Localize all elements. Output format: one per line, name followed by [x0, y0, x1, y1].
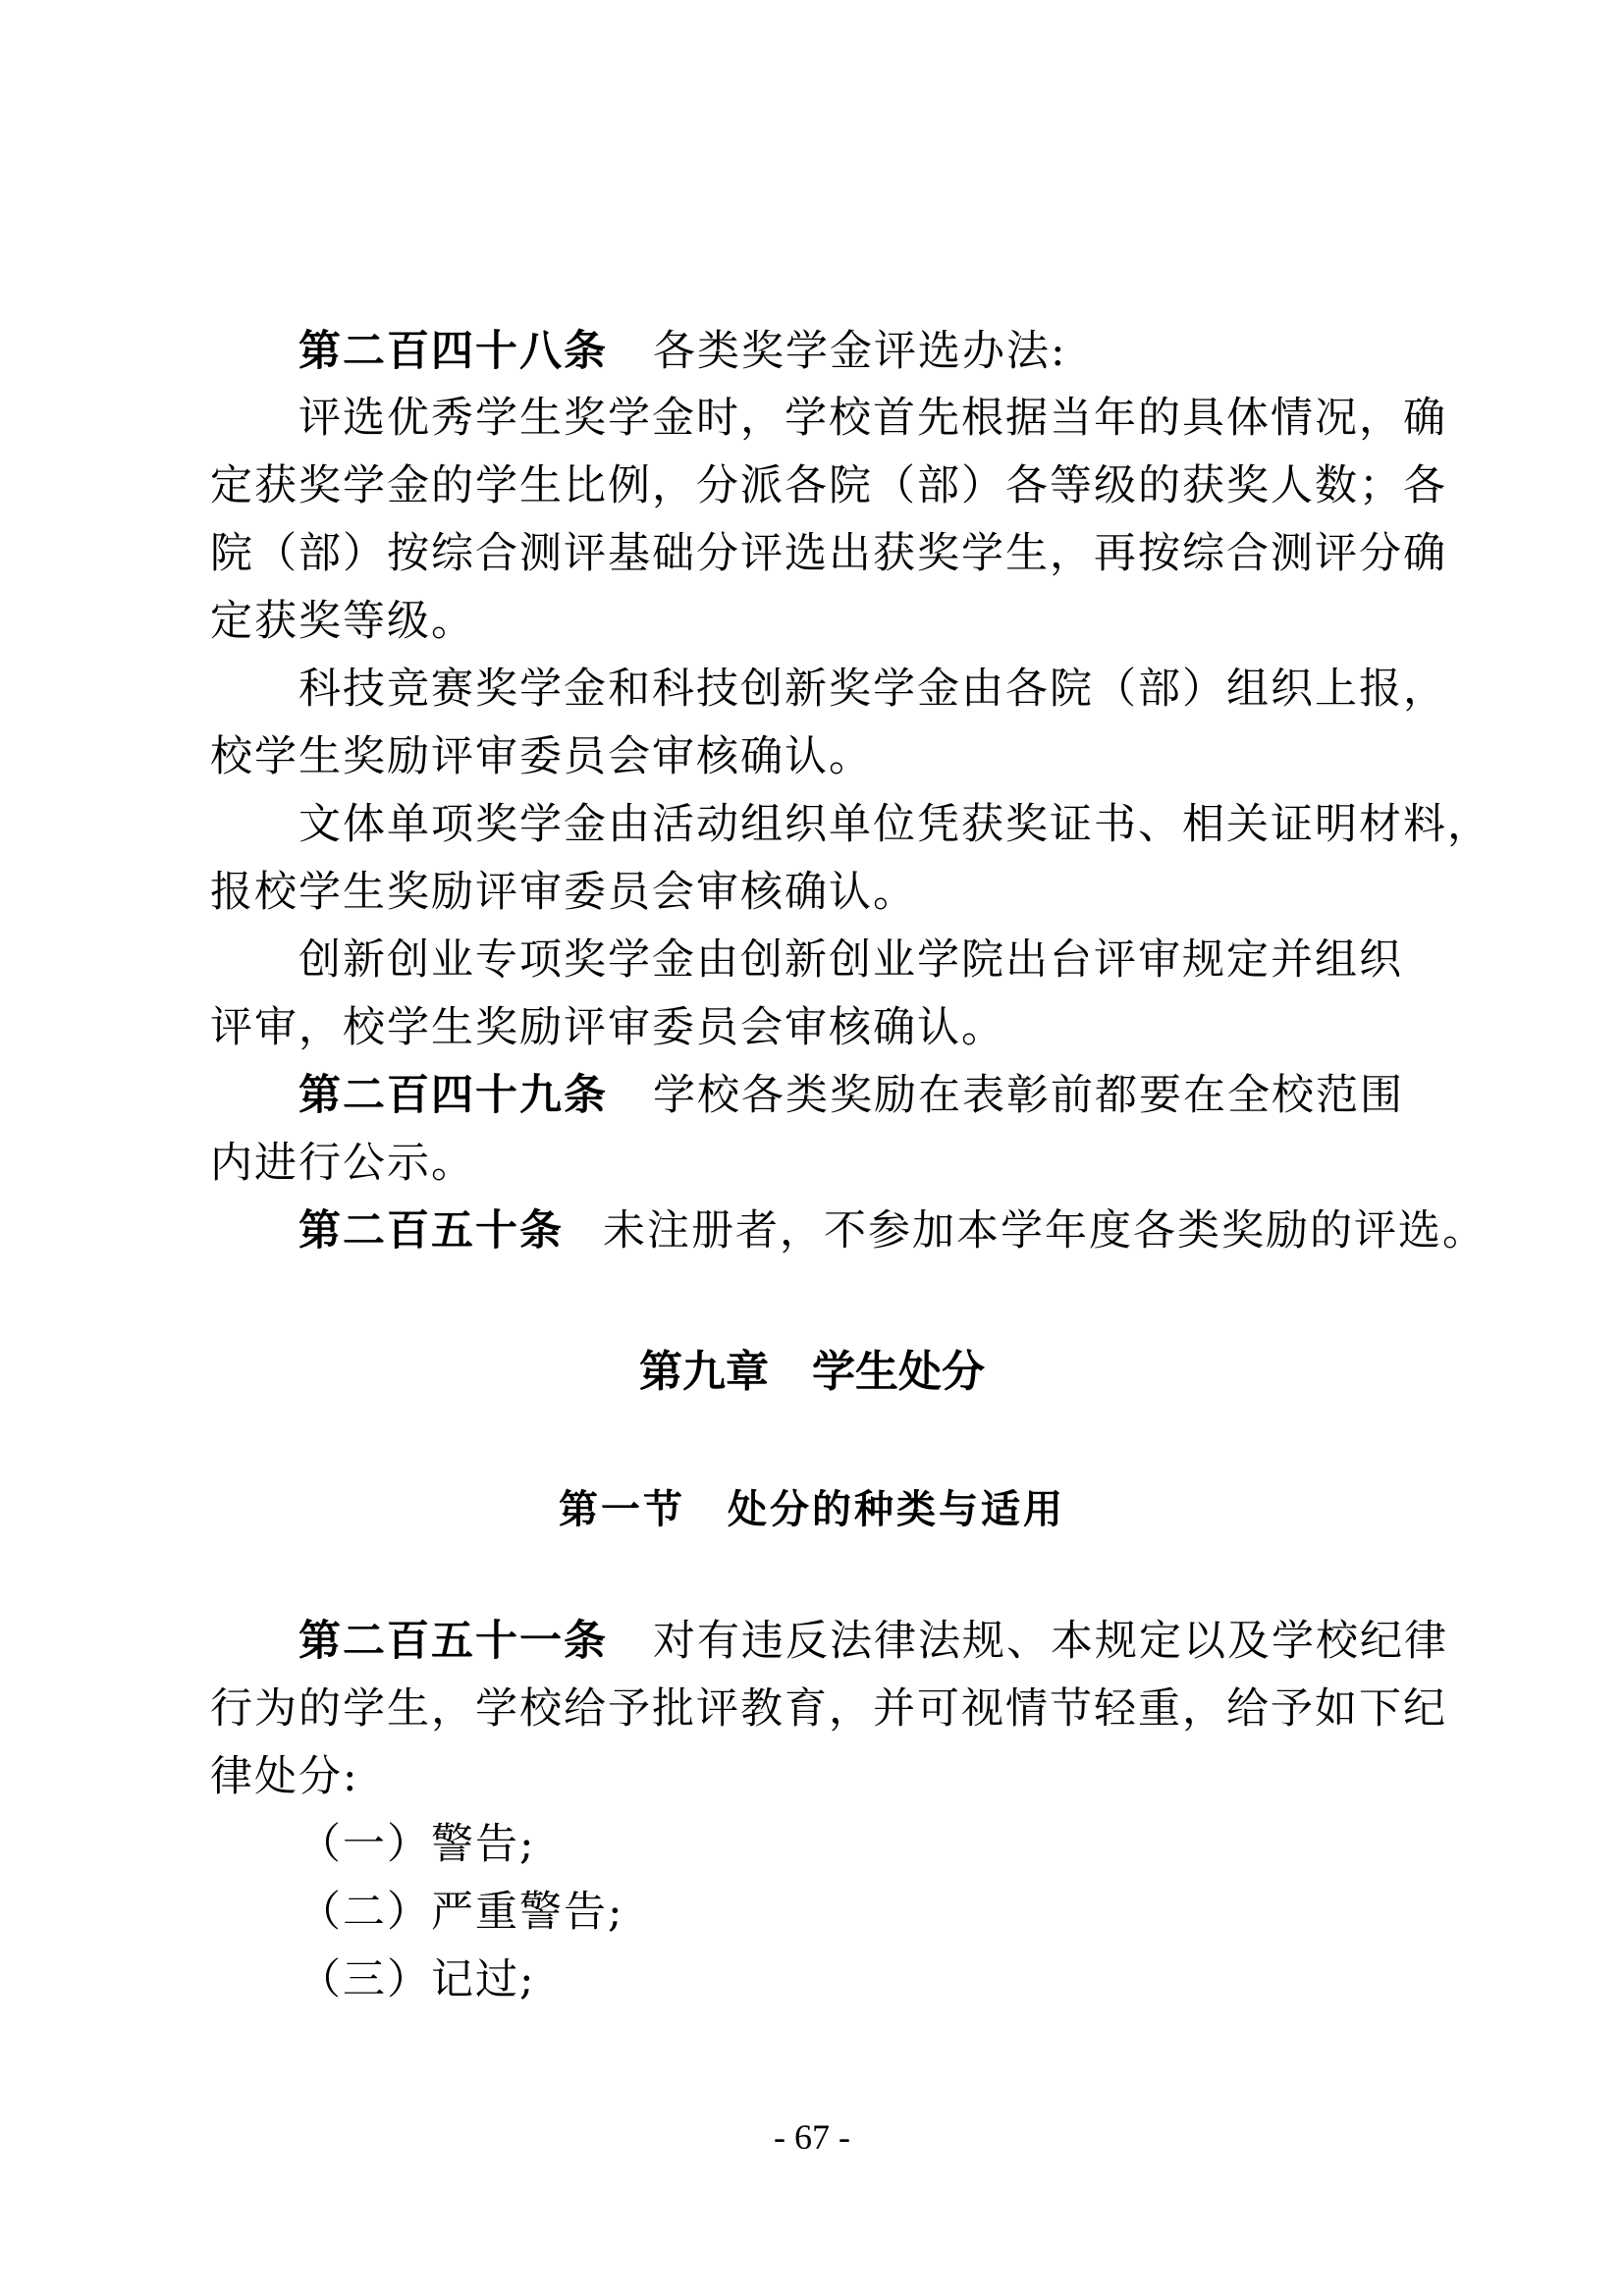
article-251-item-2: （二）严重警告;	[298, 1888, 624, 1937]
article-248-para1-line4: 定获奖等级。	[210, 597, 475, 646]
article-251-text: 对有违反法律法规、本规定以及学校纪律	[653, 1617, 1448, 1666]
section-title: 第一节 处分的种类与适用	[0, 1485, 1624, 1534]
article-248-para3-line1: 文体单项奖学金由活动组织单位凭获奖证书、相关证明材料，	[298, 800, 1491, 849]
article-250-text: 未注册者，不参加本学年度各类奖励的评选。	[603, 1206, 1487, 1255]
article-251-line2: 行为的学生，学校给予批评教育，并可视情节轻重，给予如下纪	[210, 1684, 1447, 1734]
article-251-line3: 律处分:	[210, 1752, 359, 1801]
article-251-item-3: （三）记过;	[298, 1955, 536, 2004]
article-248-para1-line1: 评选优秀学生奖学金时，学校首先根据当年的具体情况，确	[298, 394, 1447, 443]
article-248-para2-line2: 校学生奖励评审委员会审核确认。	[210, 732, 873, 781]
article-249-line1: 第二百四十九条学校各类奖励在表彰前都要在全校范围	[298, 1071, 1404, 1120]
article-248-number: 第二百四十八条	[298, 327, 608, 376]
article-248-heading-line: 第二百四十八条各类奖学金评选办法:	[298, 327, 1067, 376]
article-251-item-1: （一）警告;	[298, 1820, 536, 1869]
article-249-text: 学校各类奖励在表彰前都要在全校范围	[653, 1071, 1404, 1120]
article-251-number: 第二百五十一条	[298, 1617, 608, 1666]
article-251-line1: 第二百五十一条对有违反法律法规、本规定以及学校纪律	[298, 1617, 1448, 1666]
article-250-line: 第二百五十条未注册者，不参加本学年度各类奖励的评选。	[298, 1206, 1487, 1255]
article-249-line2: 内进行公示。	[210, 1139, 475, 1188]
page-number: - 67 -	[0, 2117, 1624, 2157]
article-248-para2-line1: 科技竞赛奖学金和科技创新奖学金由各院（部）组织上报，	[298, 665, 1447, 714]
article-248-title: 各类奖学金评选办法:	[653, 327, 1067, 376]
chapter-title: 第九章 学生处分	[0, 1348, 1624, 1397]
article-248-para4-line1: 创新创业专项奖学金由创新创业学院出台评审规定并组织	[298, 935, 1403, 985]
article-248-para4-line2: 评审，校学生奖励评审委员会审核确认。	[210, 1003, 1005, 1052]
article-248-para1-line2: 定获奖学金的学生比例，分派各院（部）各等级的获奖人数；各	[210, 461, 1447, 510]
article-248-para3-line2: 报校学生奖励评审委员会审核确认。	[210, 868, 917, 917]
article-250-number: 第二百五十条	[298, 1206, 564, 1255]
article-249-number: 第二百四十九条	[298, 1071, 608, 1120]
article-248-para1-line3: 院（部）按综合测评基础分评选出获奖学生，再按综合测评分确	[210, 529, 1447, 578]
